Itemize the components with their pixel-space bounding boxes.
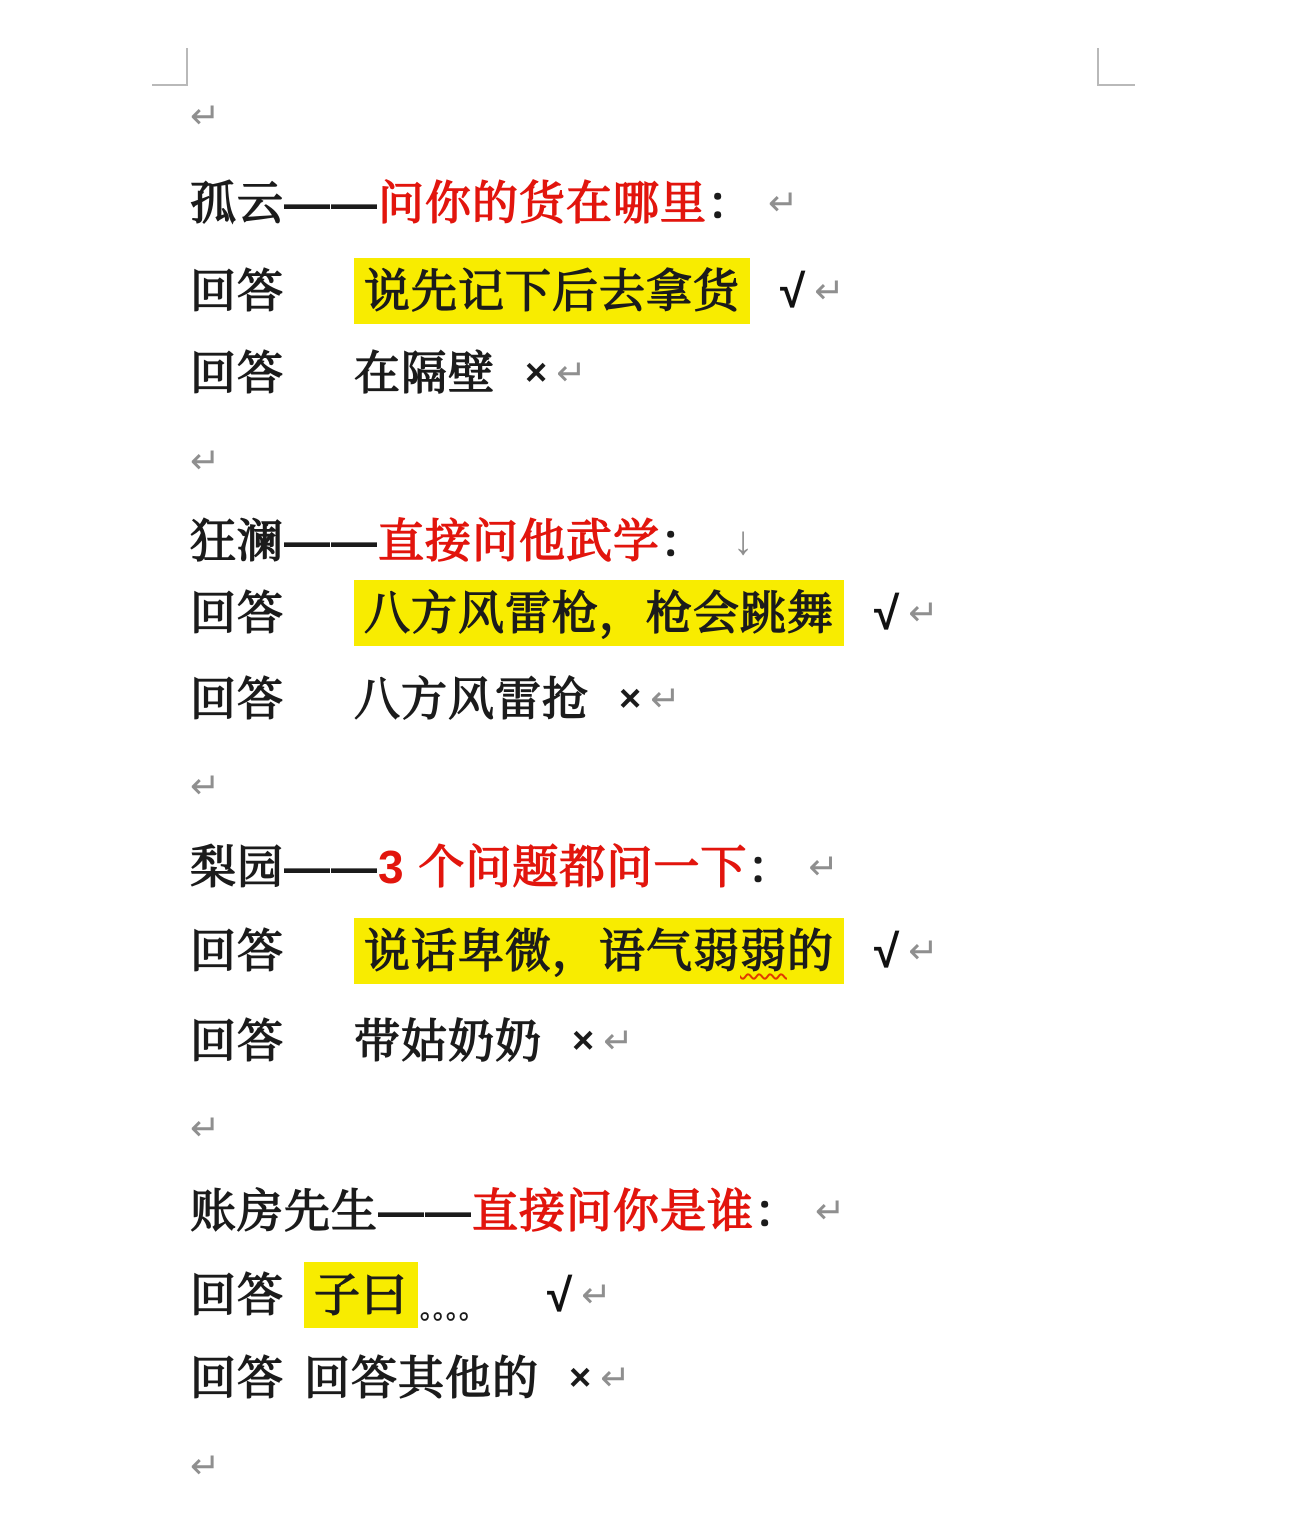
wrong-mark: × <box>619 680 642 718</box>
page-corner-mark-right <box>1097 48 1135 86</box>
paragraph-return-mark: ↵ <box>190 98 221 134</box>
question-text: 3 个问题都问一下 <box>378 844 747 890</box>
answer-prefix: 回答 <box>190 350 284 396</box>
colon: ： <box>754 1188 801 1234</box>
empty-paragraph: ↵ <box>190 1110 221 1146</box>
paragraph-return-mark: ↵ <box>814 273 845 309</box>
answer-prefix: 回答 <box>190 1018 284 1064</box>
wrong-mark: × <box>569 1359 592 1397</box>
spellcheck-squiggle-text: 弱 <box>740 925 787 977</box>
answer-text-part: 的 <box>787 925 834 977</box>
paragraph-return-mark: ↵ <box>581 1277 612 1313</box>
highlighted-answer-text: 八方风雷枪，枪会跳舞 <box>354 580 844 646</box>
answer-text: 八方风雷抢 <box>354 676 589 722</box>
wrong-mark: × <box>525 354 548 392</box>
paragraph-return-mark: ↵ <box>190 1110 221 1146</box>
paragraph-return-mark: ↵ <box>908 933 939 969</box>
section-3-answer-wrong: 回答 带姑奶奶 × ↵ <box>190 1018 634 1064</box>
npc-name: 账房先生 <box>190 1188 378 1234</box>
paragraph-return-mark: ↵ <box>768 185 799 221</box>
em-dash: —— <box>378 1188 472 1234</box>
answer-prefix: 回答 <box>190 1272 284 1318</box>
answer-text-part: 说话卑微，语气弱 <box>364 925 740 977</box>
wrong-mark: × <box>572 1022 595 1060</box>
empty-paragraph: ↵ <box>190 98 221 134</box>
question-text: 直接问你是谁 <box>472 1188 754 1234</box>
colon: ： <box>660 518 707 564</box>
answer-text: 在隔壁 <box>354 350 495 396</box>
empty-paragraph: ↵ <box>190 1448 221 1484</box>
npc-name: 梨园 <box>190 844 284 890</box>
section-4-answer-correct: 回答 子曰 。。。。 √ ↵ <box>190 1262 612 1328</box>
paragraph-return-mark: ↵ <box>190 443 221 479</box>
empty-paragraph: ↵ <box>190 443 221 479</box>
highlighted-answer-text: 子曰 <box>304 1262 418 1328</box>
colon: ： <box>707 180 754 226</box>
question-text: 问你的货在哪里 <box>378 180 707 226</box>
answer-prefix: 回答 <box>190 928 284 974</box>
ellipsis-dots: 。。。。 <box>420 1296 485 1322</box>
paragraph-return-mark: ↵ <box>190 1448 221 1484</box>
correct-mark: √ <box>874 928 900 974</box>
section-1-answer-wrong: 回答 在隔壁 × ↵ <box>190 350 587 396</box>
paragraph-return-mark: ↵ <box>556 355 587 391</box>
document-page: ↵ 孤云——问你的货在哪里： ↵ 回答 说先记下后去拿货 √ ↵ 回答 在隔壁 … <box>0 0 1290 1529</box>
page-corner-mark-left <box>152 48 188 86</box>
section-3-answer-correct: 回答 说话卑微，语气弱弱的 √ ↵ <box>190 918 939 984</box>
npc-name: 狂澜 <box>190 518 284 564</box>
correct-mark: √ <box>780 268 806 314</box>
correct-mark: √ <box>874 590 900 636</box>
em-dash: —— <box>284 180 378 226</box>
empty-paragraph: ↵ <box>190 768 221 804</box>
answer-prefix: 回答 <box>190 590 284 636</box>
paragraph-return-mark: ↵ <box>650 681 681 717</box>
section-2-answer-correct: 回答 八方风雷枪，枪会跳舞 √ ↵ <box>190 580 939 646</box>
paragraph-return-mark: ↵ <box>815 1193 846 1229</box>
section-4-heading: 账房先生——直接问你是谁： ↵ <box>190 1188 846 1234</box>
paragraph-return-mark: ↵ <box>808 849 839 885</box>
section-1-heading: 孤云——问你的货在哪里： ↵ <box>190 180 799 226</box>
highlighted-answer-text: 说话卑微，语气弱弱的 <box>354 918 844 984</box>
section-4-answer-wrong: 回答 回答其他的 × ↵ <box>190 1355 631 1401</box>
colon: ： <box>747 844 794 890</box>
answer-text: 回答其他的 <box>304 1355 539 1401</box>
section-1-answer-correct: 回答 说先记下后去拿货 √ ↵ <box>190 258 845 324</box>
section-2-heading: 狂澜——直接问他武学： ↓ <box>190 518 754 564</box>
answer-prefix: 回答 <box>190 1355 284 1401</box>
highlighted-answer-text: 说先记下后去拿货 <box>354 258 750 324</box>
answer-prefix: 回答 <box>190 268 284 314</box>
section-3-heading: 梨园——3 个问题都问一下： ↵ <box>190 844 840 890</box>
correct-mark: √ <box>547 1272 573 1318</box>
answer-text: 带姑奶奶 <box>354 1018 542 1064</box>
paragraph-return-mark: ↵ <box>603 1023 634 1059</box>
paragraph-return-mark: ↵ <box>190 768 221 804</box>
section-2-answer-wrong: 回答 八方风雷抢 × ↵ <box>190 676 681 722</box>
line-break-mark: ↓ <box>733 521 754 561</box>
paragraph-return-mark: ↵ <box>600 1360 631 1396</box>
em-dash: —— <box>284 518 378 564</box>
paragraph-return-mark: ↵ <box>908 595 939 631</box>
answer-prefix: 回答 <box>190 676 284 722</box>
question-text: 直接问他武学 <box>378 518 660 564</box>
npc-name: 孤云 <box>190 180 284 226</box>
em-dash: —— <box>284 844 378 890</box>
